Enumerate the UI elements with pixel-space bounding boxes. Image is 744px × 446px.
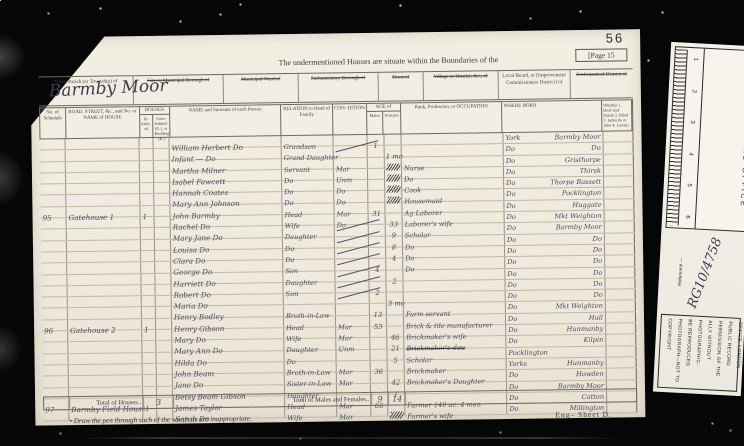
ruler-number: 6 bbox=[684, 209, 691, 225]
cell-schedule bbox=[42, 354, 68, 365]
cell-occupation: Do bbox=[403, 235, 505, 247]
born-place: Do bbox=[591, 143, 600, 153]
pro-ruler: 123456 PUBLIC RECORD OFFICE bbox=[665, 46, 744, 232]
cell-name: Mary Ann Do bbox=[172, 339, 284, 351]
cell-house: Gatehouse 2 bbox=[68, 319, 142, 330]
cell-name: Infant — Do bbox=[170, 147, 282, 159]
born-county: Do bbox=[509, 370, 518, 380]
cell-condition: Mar bbox=[337, 406, 371, 417]
cell-disability bbox=[605, 222, 635, 233]
cell-house bbox=[69, 364, 143, 375]
cell-disability bbox=[604, 176, 634, 187]
cell-disability bbox=[606, 335, 636, 346]
cell-name: Henry Bodley bbox=[172, 306, 284, 318]
cell-disability bbox=[605, 210, 635, 221]
cell-schedule bbox=[40, 184, 66, 195]
cell-age-female bbox=[388, 406, 405, 417]
cell-house: Gatehouse 1 bbox=[66, 206, 140, 217]
cell-age-female: 42 bbox=[388, 372, 405, 383]
cell-age-female bbox=[384, 134, 401, 145]
cell-condition bbox=[336, 293, 370, 304]
cell-uninhabited bbox=[156, 296, 172, 307]
cell-occupation: Housemaid bbox=[402, 190, 504, 202]
cell-disability bbox=[606, 289, 636, 300]
ruler-number: 2 bbox=[690, 83, 697, 99]
cell-age-male: 36 bbox=[371, 361, 388, 372]
cell-inhabited bbox=[140, 194, 154, 204]
cell-schedule bbox=[43, 365, 69, 376]
cell-relation: Grand Daughter bbox=[282, 147, 334, 158]
cell-occupation: Cook bbox=[402, 178, 504, 190]
cell-where-born: DoMkt Weighton bbox=[506, 301, 606, 313]
header-field-label: Parliamentary Borough of bbox=[311, 75, 365, 82]
cell-inhabited bbox=[140, 161, 154, 171]
cell-condition: Mar bbox=[337, 361, 371, 372]
cell-age-female: 46 bbox=[387, 327, 404, 338]
cell-relation: Servant bbox=[282, 158, 334, 169]
cell-relation: Wife bbox=[284, 327, 336, 338]
cell-age-male bbox=[368, 180, 385, 191]
cell-uninhabited bbox=[156, 307, 172, 318]
born-place: Barmby Moor bbox=[556, 222, 602, 233]
cell-uninhabited bbox=[154, 194, 170, 205]
col-schedule: No. of Schedule bbox=[40, 108, 66, 138]
cell-schedule: 95 bbox=[40, 207, 66, 218]
cell-occupation: Scholar bbox=[404, 348, 506, 360]
cell-condition: Mar bbox=[334, 158, 368, 169]
cell-name: Martha Milner bbox=[170, 159, 282, 171]
cell-relation: Daughter bbox=[283, 226, 335, 237]
cell-where-born: DoDo bbox=[505, 279, 605, 291]
cell-schedule bbox=[41, 218, 67, 229]
cell-inhabited bbox=[143, 364, 157, 374]
cell-uninhabited bbox=[154, 206, 170, 217]
born-place: Hunmanby bbox=[567, 358, 604, 369]
cell-house bbox=[68, 308, 142, 319]
cell-age-female: 21 bbox=[387, 338, 404, 349]
born-place: Huggate bbox=[572, 199, 601, 210]
cell-condition: Do bbox=[334, 191, 368, 202]
cell-age-male bbox=[368, 191, 385, 202]
col-houses-group: HOUSES In-habit-ed Unin-habited (U.), or… bbox=[140, 107, 170, 137]
scan-streak bbox=[80, 437, 620, 439]
born-county: Do bbox=[507, 223, 516, 233]
cell-name: Rachel Do bbox=[171, 215, 283, 227]
born-county: Do bbox=[509, 404, 518, 414]
cell-uninhabited bbox=[154, 172, 170, 183]
reference-number-handwriting: RG10/4758 bbox=[684, 236, 725, 311]
page-number-box: [Page 15 bbox=[575, 48, 627, 62]
cell-occupation bbox=[403, 269, 505, 281]
cell-disability bbox=[607, 368, 637, 379]
cell-name: Isabel Fawcett bbox=[170, 170, 282, 182]
total-houses-value: 3 bbox=[144, 396, 174, 408]
born-county: Do bbox=[507, 268, 516, 278]
cell-schedule bbox=[40, 162, 66, 173]
cell-occupation bbox=[402, 144, 504, 156]
born-county: Do bbox=[506, 189, 515, 199]
cell-house bbox=[68, 330, 142, 341]
cell-where-born: DoThorpe Bassett bbox=[504, 177, 604, 189]
cell-age-female: 9 bbox=[386, 225, 403, 236]
cell-inhabited bbox=[141, 262, 155, 272]
cell-disability bbox=[605, 244, 635, 255]
cell-age-female bbox=[385, 157, 402, 168]
cell-inhabited bbox=[140, 183, 154, 193]
cell-condition: Unm bbox=[334, 169, 368, 180]
cell-schedule bbox=[41, 252, 67, 263]
header-field-label: Municipal Ward of bbox=[241, 76, 280, 83]
cell-relation: Daughter bbox=[283, 271, 335, 282]
cell-condition: Mar bbox=[336, 327, 370, 338]
col-females: Females bbox=[384, 112, 401, 134]
condition-value: Mar bbox=[339, 413, 353, 421]
cell-age-female: 1 mo bbox=[385, 146, 402, 157]
totals-spacer bbox=[44, 397, 70, 409]
cell-age-female bbox=[387, 315, 404, 326]
cell-schedule bbox=[41, 230, 67, 241]
census-page: 56 The undermentioned Houses are situate… bbox=[30, 29, 645, 425]
copyright-line: PUBLIC RECORD OFFICE, LONDON bbox=[721, 321, 744, 388]
born-county: Yorks bbox=[509, 359, 527, 370]
cell-age-female: 4 bbox=[386, 247, 403, 258]
born-place: Hunmanby bbox=[566, 324, 603, 335]
cell-age-female bbox=[386, 281, 403, 292]
born-place: Hull bbox=[589, 312, 603, 322]
cell-occupation bbox=[401, 133, 503, 145]
totals-blank bbox=[406, 389, 636, 404]
born-county: Do bbox=[507, 246, 516, 256]
cell-uninhabited bbox=[156, 285, 172, 296]
cell-occupation bbox=[404, 291, 506, 303]
cell-occupation: Brick & tile manufacturer bbox=[404, 314, 506, 326]
born-county: Do bbox=[506, 155, 515, 165]
cell-house bbox=[67, 251, 141, 262]
cell-inhabited bbox=[140, 172, 154, 182]
col-disability: Whether 1. Deaf-and-Dumb 2. Blind 3. Imb… bbox=[602, 100, 632, 130]
cell-condition bbox=[334, 146, 368, 157]
cell-relation: Wife bbox=[283, 215, 335, 226]
cell-occupation: Laborer's wife bbox=[403, 212, 505, 224]
born-place: Do bbox=[593, 290, 602, 300]
cell-relation: Son bbox=[283, 260, 335, 271]
sheet-label: Eng– Sheet D. bbox=[555, 410, 612, 420]
col-condition: CON- DITION bbox=[333, 104, 367, 134]
cell-relation: Broth-in-Law bbox=[285, 361, 337, 372]
cell-relation: Do bbox=[282, 169, 334, 180]
cell-where-born: DoHunmanby bbox=[506, 324, 606, 336]
born-place: Thorpe Bassett bbox=[550, 177, 601, 188]
cell-occupation: Do bbox=[403, 257, 505, 269]
folio-number: 56 bbox=[606, 30, 625, 45]
cell-name: John Barmby bbox=[170, 204, 282, 216]
cell-name: William Herbert Do bbox=[169, 136, 281, 148]
born-county: Do bbox=[506, 201, 515, 211]
cell-age-female bbox=[385, 191, 402, 202]
cell-schedule bbox=[41, 263, 67, 274]
cell-house bbox=[67, 262, 141, 273]
cell-where-born: Pocklington bbox=[506, 346, 606, 358]
cell-inhabited bbox=[142, 353, 156, 363]
cell-age-female bbox=[385, 202, 402, 213]
cell-condition bbox=[336, 304, 370, 315]
cell-where-born: DoDo bbox=[505, 233, 605, 245]
cell-house bbox=[66, 183, 140, 194]
col-where-born: WHERE BORN bbox=[502, 101, 602, 132]
cell-age-female: 8 bbox=[386, 236, 403, 247]
total-males-value: 9 bbox=[372, 393, 389, 405]
cell-relation bbox=[284, 294, 336, 305]
born-place: Do bbox=[593, 267, 602, 277]
cell-where-born: YorksHunmanby bbox=[507, 358, 607, 370]
copyright-line: COPYRIGHT PHOTOGRAPH—NOT TO bbox=[660, 318, 684, 385]
cell-age-male bbox=[371, 406, 388, 417]
cell-uninhabited bbox=[157, 375, 173, 386]
cell-schedule bbox=[43, 410, 69, 421]
cell-inhabited bbox=[141, 240, 155, 250]
cell-house bbox=[67, 217, 141, 228]
cell-condition: Unm bbox=[336, 338, 370, 349]
cell-inhabited bbox=[141, 251, 155, 261]
cell-age-male bbox=[371, 372, 388, 383]
cell-disability bbox=[603, 131, 633, 142]
cell-relation: Head bbox=[284, 316, 336, 327]
born-county: Do bbox=[507, 235, 516, 245]
header-field: Municipal Ward of bbox=[224, 74, 299, 103]
born-county: Pocklington bbox=[508, 347, 548, 358]
header-field: Town of bbox=[379, 72, 424, 101]
cell-schedule bbox=[42, 343, 68, 354]
born-place: Barmby Moor bbox=[554, 132, 600, 143]
cell-age-male bbox=[370, 338, 387, 349]
cell-name: Mary Do bbox=[172, 328, 284, 340]
born-county: Do bbox=[508, 314, 517, 324]
col-name: NAME and Surname of each Person bbox=[170, 105, 282, 137]
cell-schedule bbox=[42, 286, 68, 297]
cell-occupation: Farm servant bbox=[404, 303, 506, 315]
cell-where-born: DoKilpin bbox=[506, 335, 606, 347]
cell-age-male bbox=[370, 293, 387, 304]
born-county: Do bbox=[506, 178, 515, 188]
cell-relation: Do bbox=[282, 181, 334, 192]
cell-age-female: 3 mo bbox=[387, 293, 404, 304]
cell-where-born: DoBarmby Moor bbox=[505, 222, 605, 234]
born-county: Do bbox=[506, 144, 515, 154]
occupation-value: Farmer's wife bbox=[407, 412, 453, 421]
born-county: Do bbox=[507, 280, 516, 290]
cell-uninhabited bbox=[155, 239, 171, 250]
cell-inhabited bbox=[141, 217, 155, 227]
cell-house bbox=[66, 172, 140, 183]
cell-name: Hannah Coates bbox=[170, 181, 282, 193]
cell-where-born: DoDo bbox=[505, 256, 605, 268]
cell-where-born: DoMkt Weighton bbox=[505, 211, 605, 223]
cell-inhabited bbox=[139, 138, 153, 148]
cell-disability bbox=[606, 323, 636, 334]
cell-occupation: Brickmaker's dau bbox=[404, 336, 506, 348]
cell-name: Louisa Do bbox=[171, 238, 283, 250]
cell-house bbox=[68, 353, 142, 364]
cell-age-female: 33 bbox=[386, 214, 403, 225]
cell-schedule bbox=[40, 196, 66, 207]
cell-uninhabited bbox=[155, 273, 171, 284]
header-field-label: Town of bbox=[392, 74, 409, 80]
ruler-number: 4 bbox=[687, 146, 694, 162]
cell-condition bbox=[336, 350, 370, 361]
reference-label: Reference — bbox=[678, 258, 684, 286]
cell-condition: Mar bbox=[336, 316, 370, 327]
cell-disability bbox=[605, 267, 635, 278]
cell-uninhabited bbox=[157, 364, 173, 375]
cell-occupation: Brickmaker bbox=[405, 359, 507, 371]
cell-schedule bbox=[39, 139, 65, 150]
header-field: Village or Hamlet, &c., of bbox=[424, 71, 499, 100]
cell-disability bbox=[606, 346, 636, 357]
cell-schedule bbox=[41, 241, 67, 252]
cell-occupation: Ag Laborer bbox=[402, 201, 504, 213]
cell-uninhabited bbox=[155, 217, 171, 228]
cell-name: Hilda Do bbox=[172, 351, 284, 363]
cell-age-male bbox=[370, 327, 387, 338]
cell-uninhabited bbox=[156, 341, 172, 352]
born-place: Kilpin bbox=[584, 335, 604, 346]
cell-schedule bbox=[42, 309, 68, 320]
cell-relation: Head bbox=[282, 203, 334, 214]
cell-age-male bbox=[368, 157, 385, 168]
cell-schedule: 96 bbox=[42, 320, 68, 331]
cell-house bbox=[66, 149, 140, 160]
cell-occupation: Do bbox=[403, 246, 505, 258]
cell-where-born: DoDo bbox=[504, 143, 604, 155]
cell-age-female bbox=[385, 168, 402, 179]
cell-relation: Do bbox=[282, 192, 334, 203]
born-place: Do bbox=[593, 245, 602, 255]
cell-inhabited bbox=[142, 307, 156, 317]
born-county: Do bbox=[507, 257, 516, 267]
cell-disability bbox=[604, 188, 634, 199]
cell-inhabited: 1 bbox=[142, 319, 156, 329]
born-place: Howden bbox=[576, 369, 604, 380]
cell-schedule bbox=[40, 173, 66, 184]
cell-condition: Mar bbox=[337, 372, 371, 383]
cell-occupation: Brickmaker's Daughter bbox=[405, 370, 507, 382]
cell-uninhabited bbox=[154, 183, 170, 194]
born-county: York bbox=[505, 133, 520, 144]
cell-occupation: Nurse bbox=[402, 156, 504, 168]
cell-disability bbox=[605, 278, 635, 289]
cell-disability bbox=[606, 301, 636, 312]
cell-name: Henry Gibson bbox=[172, 317, 284, 329]
born-place: Do bbox=[593, 256, 602, 266]
cell-house bbox=[66, 195, 140, 206]
pro-org-label: PUBLIC RECORD OFFICE bbox=[695, 49, 744, 231]
header-field: Local Board, or [Improvement Commissione… bbox=[499, 70, 571, 99]
ruler-number: 5 bbox=[685, 177, 692, 193]
cell-age-female bbox=[388, 360, 405, 371]
cell-age-male bbox=[368, 146, 385, 157]
cell-name: Clara Do bbox=[171, 249, 283, 261]
born-county: Do bbox=[507, 212, 516, 222]
cell-inhabited bbox=[141, 274, 155, 284]
census-table-body: William Herbert Do Grandson 1 YorkBarmby… bbox=[39, 131, 637, 422]
cell-house bbox=[69, 375, 143, 386]
born-place: Mkt Weighton bbox=[556, 301, 603, 312]
cell-disability bbox=[604, 143, 634, 154]
cell-relation: Daughter bbox=[284, 339, 336, 350]
cell-condition: Mar bbox=[334, 203, 368, 214]
cell-name: George Do bbox=[171, 260, 283, 272]
cell-uninhabited bbox=[156, 330, 172, 341]
cell-schedule bbox=[40, 150, 66, 161]
born-place: Do bbox=[593, 279, 602, 289]
cell-occupation: Scholar bbox=[403, 223, 505, 235]
cell-house bbox=[66, 161, 140, 172]
col-road: ROAD, STREET, &c., and No. or NAME of HO… bbox=[66, 107, 140, 138]
cell-relation: Do bbox=[283, 237, 335, 248]
cell-house bbox=[67, 274, 141, 285]
cell-age-male: 53 bbox=[370, 315, 387, 326]
cell-where-born: DoThirsk bbox=[504, 166, 604, 178]
ruler-number: 3 bbox=[689, 114, 696, 130]
born-county: Do bbox=[508, 325, 517, 335]
cell-name: Harriett Do bbox=[171, 272, 283, 284]
cell-relation: Do bbox=[283, 248, 335, 259]
cell-house bbox=[68, 285, 142, 296]
col-occupation: Rank, Profession, or OCCUPATION bbox=[401, 102, 503, 133]
cell-disability bbox=[604, 154, 634, 165]
cell-where-born: DoHowden bbox=[507, 369, 607, 381]
cell-house bbox=[68, 296, 142, 307]
cell-uninhabited bbox=[153, 138, 169, 149]
cell-age-female bbox=[386, 259, 403, 270]
cell-name: Jane Do bbox=[173, 373, 285, 385]
born-county: Do bbox=[508, 336, 517, 346]
cell-disability bbox=[604, 165, 634, 176]
cell-name: Maria Do bbox=[172, 294, 284, 306]
cell-age-female bbox=[387, 304, 404, 315]
cell-inhabited bbox=[142, 330, 156, 340]
cell-inhabited bbox=[143, 375, 157, 385]
col-relation: RELATION to Head of Family bbox=[281, 104, 333, 135]
cell-house bbox=[68, 341, 142, 352]
crossed-out-age bbox=[389, 412, 403, 419]
cell-condition: Do bbox=[334, 180, 368, 191]
header-field-label: Local Board, or [Improvement Commissione… bbox=[502, 72, 566, 85]
cell-age-male bbox=[368, 169, 385, 180]
cell-relation: Do bbox=[284, 350, 336, 361]
cell-occupation: Brickmaker's wife bbox=[404, 325, 506, 337]
relation-value: Wife bbox=[287, 414, 302, 422]
cell-disability bbox=[607, 357, 637, 368]
cell-schedule bbox=[41, 275, 67, 286]
col-age-group: AGE of Males Females bbox=[367, 103, 401, 133]
cell-age-male: 13 bbox=[370, 304, 387, 315]
scan-smudge bbox=[0, 325, 22, 373]
total-houses-label: Total of Houses.. bbox=[70, 396, 144, 409]
cell-inhabited bbox=[142, 285, 156, 295]
born-county: Do bbox=[506, 167, 515, 177]
cell-inhabited bbox=[142, 296, 156, 306]
cell-relation: Sister-in-Law bbox=[285, 373, 337, 384]
scan-smudge bbox=[0, 150, 24, 206]
page-banner: The undermentioned Houses are situate wi… bbox=[218, 54, 558, 68]
cell-schedule bbox=[43, 376, 69, 387]
born-place: Do bbox=[593, 233, 602, 243]
cell-where-born: DoHull bbox=[506, 312, 606, 324]
cell-schedule bbox=[42, 331, 68, 342]
reference-section: Reference — RG10/4758 bbox=[661, 228, 744, 318]
cell-relation: Wife bbox=[285, 407, 337, 418]
